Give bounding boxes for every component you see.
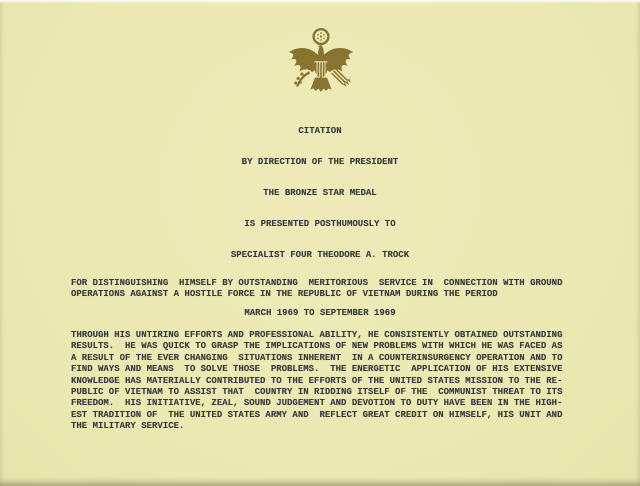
recipient-name: SPECIALIST FOUR THEODORE A. TROCK bbox=[0, 250, 640, 261]
service-period-line: MARCH 1969 TO SEPTEMBER 1969 bbox=[0, 308, 640, 319]
body-paragraph: THROUGH HIS UNTIRING EFFORTS AND PROFESS… bbox=[71, 330, 562, 433]
presentation-line: IS PRESENTED POSTHUMOUSLY TO bbox=[0, 219, 640, 230]
medal-name-line: THE BRONZE STAR MEDAL bbox=[0, 188, 640, 199]
intro-paragraph: FOR DISTINGUISHING HIMSELF BY OUTSTANDIN… bbox=[71, 278, 562, 301]
citation-document-page: CITATION BY DIRECTION OF THE PRESIDENT T… bbox=[0, 0, 640, 486]
army-eagle-seal-icon bbox=[284, 25, 358, 97]
direction-line: BY DIRECTION OF THE PRESIDENT bbox=[0, 157, 640, 168]
citation-title: CITATION bbox=[0, 126, 640, 137]
